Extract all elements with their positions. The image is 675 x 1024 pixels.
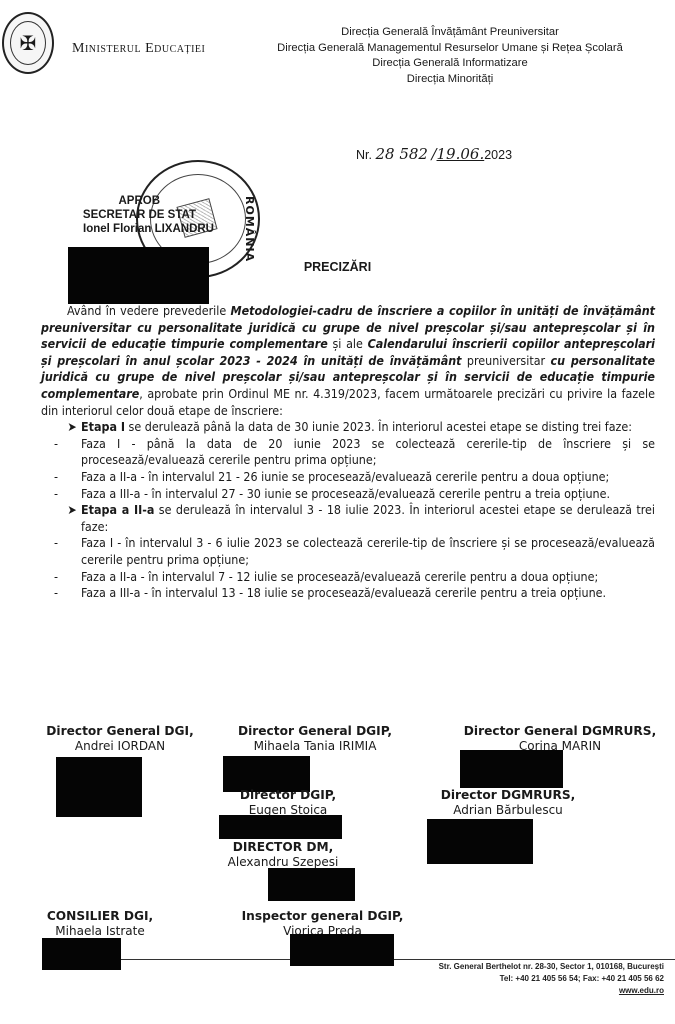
eagle-icon: ✠ [10,21,46,65]
phase-item: - Faza I - în intervalul 3 - 6 iulie 202… [41,535,655,568]
directorate: Direcția Generală Informatizare [250,56,650,72]
ministry-name: Ministerul Educației [72,41,205,57]
redacted-signature [42,938,121,970]
phase-item: - Faza I - până la data de 20 iunie 2023… [41,436,655,469]
stages-list: ➤ Etapa I se derulează până la data de 3… [41,419,655,602]
signatory-role: Director DGIP, [228,788,348,803]
dash-bullet-icon: - [43,486,69,503]
signatory-dgip-director: Director DGIP, Eugen Stoica [228,788,348,818]
document-title: PRECIZĂRI [0,260,675,274]
phase-item: - Faza a II-a - în intervalul 7 - 12 iul… [41,569,655,586]
directorates-list: Direcția Generală Învățământ Preuniversi… [250,25,650,87]
stage-label: Etapa I [81,419,125,434]
signatory-name: Mihaela Tania IRIMIA [230,739,400,754]
registration-number-value: 28 582 [375,145,428,163]
approval-label: APROB [40,194,160,208]
stage-item: ➤ Etapa a II-a se derulează în intervalu… [41,502,655,535]
directorate: Direcția Minorități [250,72,650,88]
stamp-text: ROMÂNIA [243,196,256,262]
intro-paragraph: Având în vedere prevederile Metodologiei… [41,303,655,419]
signatory-role: Director General DGMRURS, [455,724,665,739]
footer-address: Str. General Berthelot nr. 28-30, Sector… [439,961,664,973]
dash-bullet-icon: - [43,469,69,486]
redacted-signature [268,868,355,901]
footer-phone-fax: Tel: +40 21 405 56 54; Fax: +40 21 405 5… [439,973,664,985]
signatory-name: Adrian Bărbulescu [408,803,608,818]
document-body: Având în vedere prevederile Metodologiei… [41,303,655,602]
signatory-dgi-counselor: CONSILIER DGI, Mihaela Istrate [40,909,160,939]
stage-text: se derulează până la data de 30 iunie 20… [125,419,632,434]
signatory-name: Mihaela Istrate [40,924,160,939]
approval-block: APROB SECRETAR DE STAT Ionel Florian LIX… [40,194,200,236]
footer-contact: Str. General Berthelot nr. 28-30, Sector… [439,961,664,997]
dash-bullet-icon: - [43,569,69,586]
phase-text: Faza I - în intervalul 3 - 6 iulie 2023 … [81,535,655,567]
phase-item: - Faza a II-a - în intervalul 21 - 26 iu… [41,469,655,486]
footer-divider [121,959,290,960]
dash-bullet-icon: - [43,535,69,552]
dash-bullet-icon: - [43,436,69,453]
signatory-dgmrurs-director: Director DGMRURS, Adrian Bărbulescu [408,788,608,818]
approval-role: SECRETAR DE STAT [40,208,196,222]
government-seal-logo: ✠ [2,12,54,74]
signatory-dgi-director: Director General DGI, Andrei IORDAN [40,724,200,754]
directorate: Direcția Generală Managementul Resurselo… [250,41,650,57]
signatory-name: Andrei IORDAN [40,739,200,754]
redacted-signature [219,815,342,839]
intro-text: Având în vedere prevederile [67,303,230,318]
signatory-role: Director General DGIP, [230,724,400,739]
phase-text: Faza a III-a - în intervalul 13 - 18 iul… [81,585,606,600]
stage-text: se derulează în intervalul 3 - 18 iulie … [81,502,655,534]
phase-text: Faza a III-a - în intervalul 27 - 30 iun… [81,486,610,501]
arrow-bullet-icon: ➤ [59,419,85,436]
intro-text: și ale [328,336,368,351]
registration-date: 19.06. [437,145,485,163]
registration-number: Nr. 28 582 /19.06.2023 [356,145,512,163]
redacted-signature [68,247,209,304]
redacted-signature [427,819,533,864]
redacted-signature [460,750,563,788]
phase-text: Faza a II-a - în intervalul 7 - 12 iulie… [81,569,598,584]
signatory-role: Director General DGI, [40,724,200,739]
phase-text: Faza a II-a - în intervalul 21 - 26 iuni… [81,469,609,484]
signatory-dm-director: DIRECTOR DM, Alexandru Szepesi [218,840,348,870]
stage-item: ➤ Etapa I se derulează până la data de 3… [41,419,655,436]
footer-divider [394,959,675,960]
phase-item: - Faza a III-a - în intervalul 13 - 18 i… [41,585,655,602]
registration-year: 2023 [484,148,512,162]
approval-name: Ionel Florian LIXANDRU [40,222,214,236]
arrow-bullet-icon: ➤ [59,502,85,519]
signatory-role: CONSILIER DGI, [40,909,160,924]
signatory-dgip-director-general: Director General DGIP, Mihaela Tania IRI… [230,724,400,754]
phase-item: - Faza a III-a - în intervalul 27 - 30 i… [41,486,655,503]
redacted-signature [56,757,142,817]
intro-text: preuniversitar [462,353,551,368]
footer-website-link[interactable]: www.edu.ro [439,985,664,997]
signatory-role: Director DGMRURS, [408,788,608,803]
signatory-role: DIRECTOR DM, [218,840,348,855]
signatory-role: Inspector general DGIP, [230,909,415,924]
directorate: Direcția Generală Învățământ Preuniversi… [250,25,650,41]
redacted-signature [223,756,310,792]
phase-text: Faza I - până la data de 20 iunie 2023 s… [81,436,655,468]
registration-prefix: Nr. [356,148,372,162]
dash-bullet-icon: - [43,585,69,602]
redacted-signature [290,934,394,966]
stage-label: Etapa a II-a [81,502,154,517]
